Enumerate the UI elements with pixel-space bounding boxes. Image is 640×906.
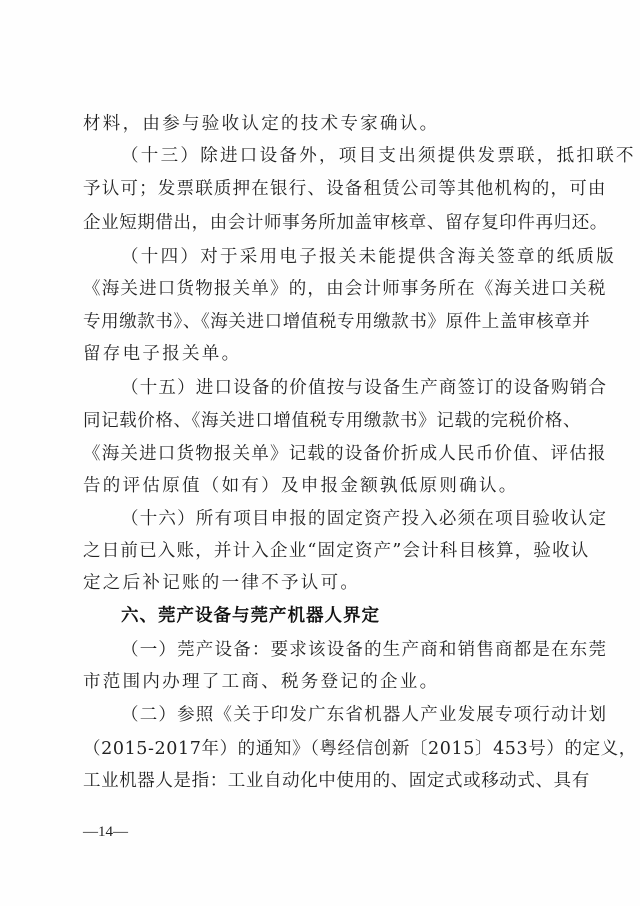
paragraph-2-line: （2015-2017年）的通知》（粤经信创新〔2015〕453号）的定义，: [83, 737, 637, 761]
paragraph-14-line: 留存电子报关单。: [83, 342, 241, 366]
paragraph-16-line: （十六）所有项目申报的固定资产投入必须在项目验收认定: [121, 507, 607, 531]
paragraph-line: 材料，由参与验收认定的技术专家确认。: [83, 112, 439, 136]
paragraph-15-line: 《海关进口货物报关单》记载的设备价折成人民币价值、评估报: [83, 442, 607, 466]
paragraph-15-line: （十五）进口设备的价值按与设备生产商签订的设备购销合: [121, 376, 607, 400]
paragraph-1-line: （一）莞产设备：要求该设备的生产商和销售商都是在东莞: [121, 638, 607, 662]
paragraph-1-line: 市范围内办理了工商、税务登记的企业。: [83, 670, 439, 694]
section-heading: 六、莞产设备与莞产机器人界定: [121, 604, 380, 628]
page-number: —14—: [83, 822, 128, 842]
paragraph-14-line: （十四）对于采用电子报关未能提供含海关签章的纸质版: [121, 245, 616, 269]
paragraph-16-line: 定之后补记账的一律不予认可。: [83, 571, 360, 595]
paragraph-16-line: 之日前已入账，并计入企业“固定资产”会计科目核算，验收认: [83, 539, 590, 563]
paragraph-15-line: 同记载价格、《海关进口增值税专用缴款书》记载的完税价格、: [83, 409, 581, 433]
paragraph-14-line: 专用缴款书》、《海关进口增值税专用缴款书》原件上盖审核章并: [83, 310, 590, 334]
paragraph-13-line: 予认可；发票联质押在银行、设备租赁公司等其他机构的，可由: [83, 177, 607, 201]
document-page: 材料，由参与验收认定的技术专家确认。 （十三）除进口设备外，项目支出须提供发票联…: [0, 0, 640, 906]
paragraph-13-line: 企业短期借出，由会计师事务所加盖审核章、留存复印件再归还。: [83, 211, 608, 235]
paragraph-15-line: 告的评估原值（如有）及申报金额孰低原则确认。: [83, 474, 519, 498]
paragraph-13-line: （十三）除进口设备外，项目支出须提供发票联，抵扣联不: [121, 144, 636, 168]
paragraph-14-line: 《海关进口货物报关单》的，由会计师事务所在《海关进口关税: [83, 277, 607, 301]
paragraph-2-line: 工业机器人是指：工业自动化中使用的、固定式或移动式、具有: [83, 769, 590, 793]
paragraph-2-line: （二）参照《关于印发广东省机器人产业发展专项行动计划: [121, 703, 607, 727]
